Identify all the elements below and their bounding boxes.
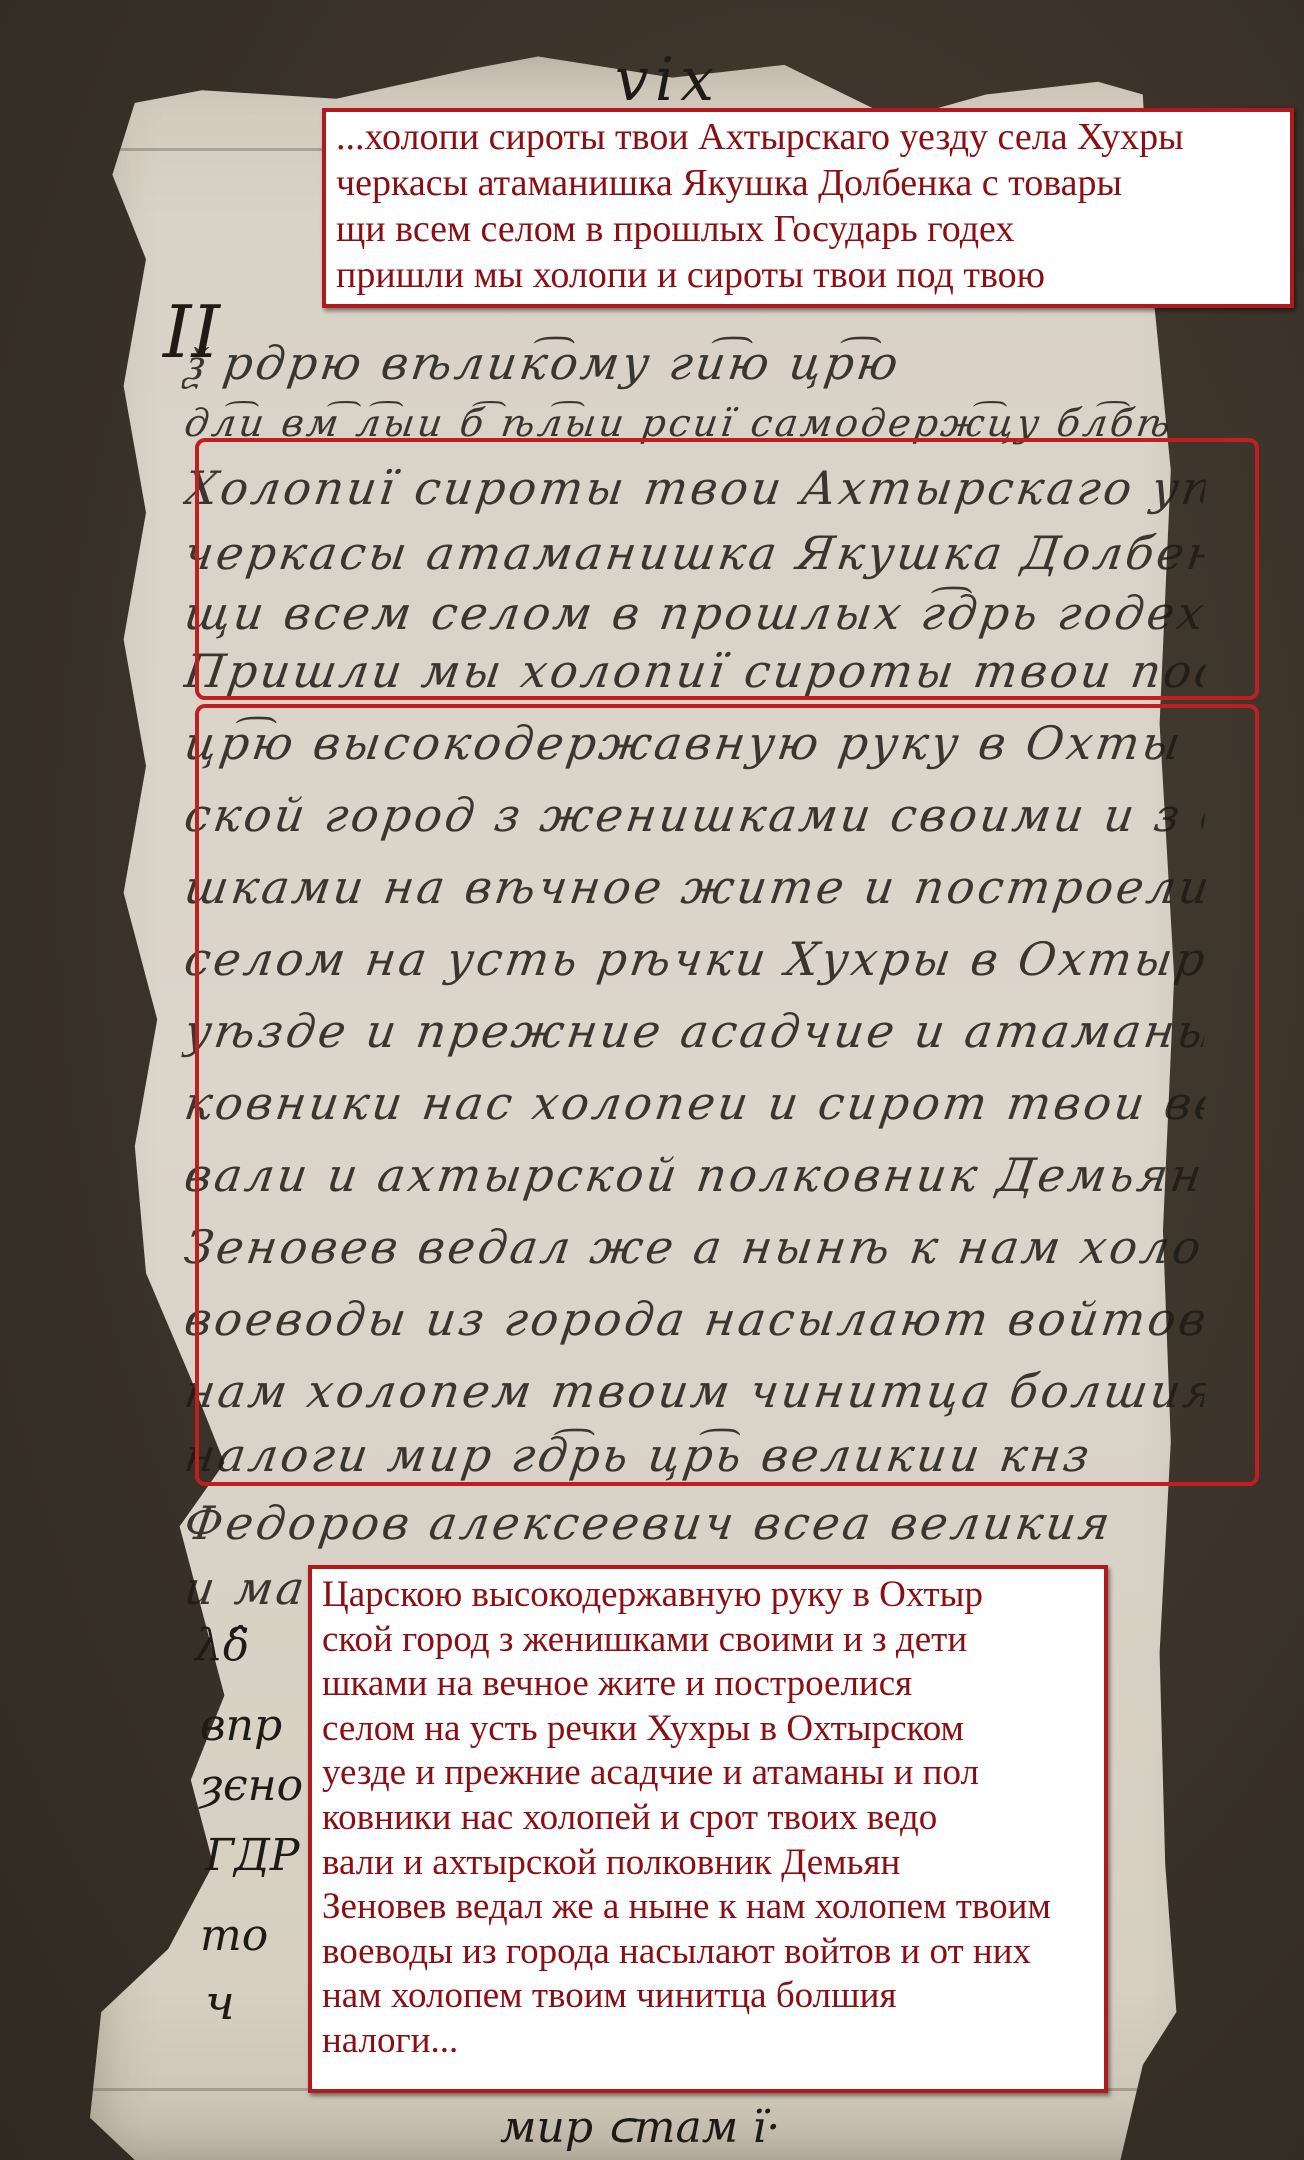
manuscript-line: Федоров алексеевич всеа великия [179, 1480, 1211, 1566]
transcription-line: щи всем селом в прошлых Государь годех [336, 206, 1282, 252]
transcription-line: ковники нас холопей и срот твоих ведо [322, 1796, 1096, 1841]
transcription-line: вали и ахтырской полковник Демьян [322, 1841, 1096, 1886]
transcription-line: ...холопи сироты твои Ахтырскаго уезду с… [336, 114, 1282, 160]
transcription-line: шками на вечное жите и построелися [322, 1662, 1096, 1707]
margin-fragment: λδ̂ [195, 1620, 249, 1671]
highlight-frame-lower [195, 704, 1259, 1486]
transcription-line: ской город з женишками своими и з дети [322, 1618, 1096, 1663]
folio-number: vix [615, 45, 720, 115]
transcription-line: воеводы из города насылают войтов и от н… [322, 1930, 1096, 1975]
manuscript-line: и малыя [179, 1545, 311, 1631]
transcription-line: налоги... [322, 2019, 1096, 2064]
margin-fragment: ȝєно [200, 1760, 303, 1811]
signature: мир ᲃтам ї· [500, 2095, 780, 2155]
transcription-line: черкасы атаманишка Якушка Долбенка с тов… [336, 160, 1282, 206]
transcription-box-bottom: Царскою высокодержавную руку в Охтыр ско… [308, 1565, 1108, 2093]
margin-fragment: ГДР [205, 1830, 300, 1881]
highlight-frame-upper [195, 438, 1259, 700]
margin-fragment: то [200, 1910, 268, 1961]
transcription-line: селом на усть речки Хухры в Охтырском [322, 1707, 1096, 1752]
margin-fragment: впр [200, 1700, 282, 1751]
transcription-line: пришли мы холопи и сироты твои под твою [336, 252, 1282, 298]
transcription-line: Зеновев ведал же а ныне к нам холопем тв… [322, 1885, 1096, 1930]
transcription-line: нам холопем твоим чинитца болшия [322, 1974, 1096, 2019]
transcription-line: Царскою высокодержавную руку в Охтыр [322, 1573, 1096, 1618]
margin-fragment: ч [205, 1975, 235, 2031]
transcription-box-top: ...холопи сироты твои Ахтырскаго уезду с… [322, 108, 1294, 308]
transcription-line: уезде и прежние асадчие и атаманы и пол [322, 1751, 1096, 1796]
